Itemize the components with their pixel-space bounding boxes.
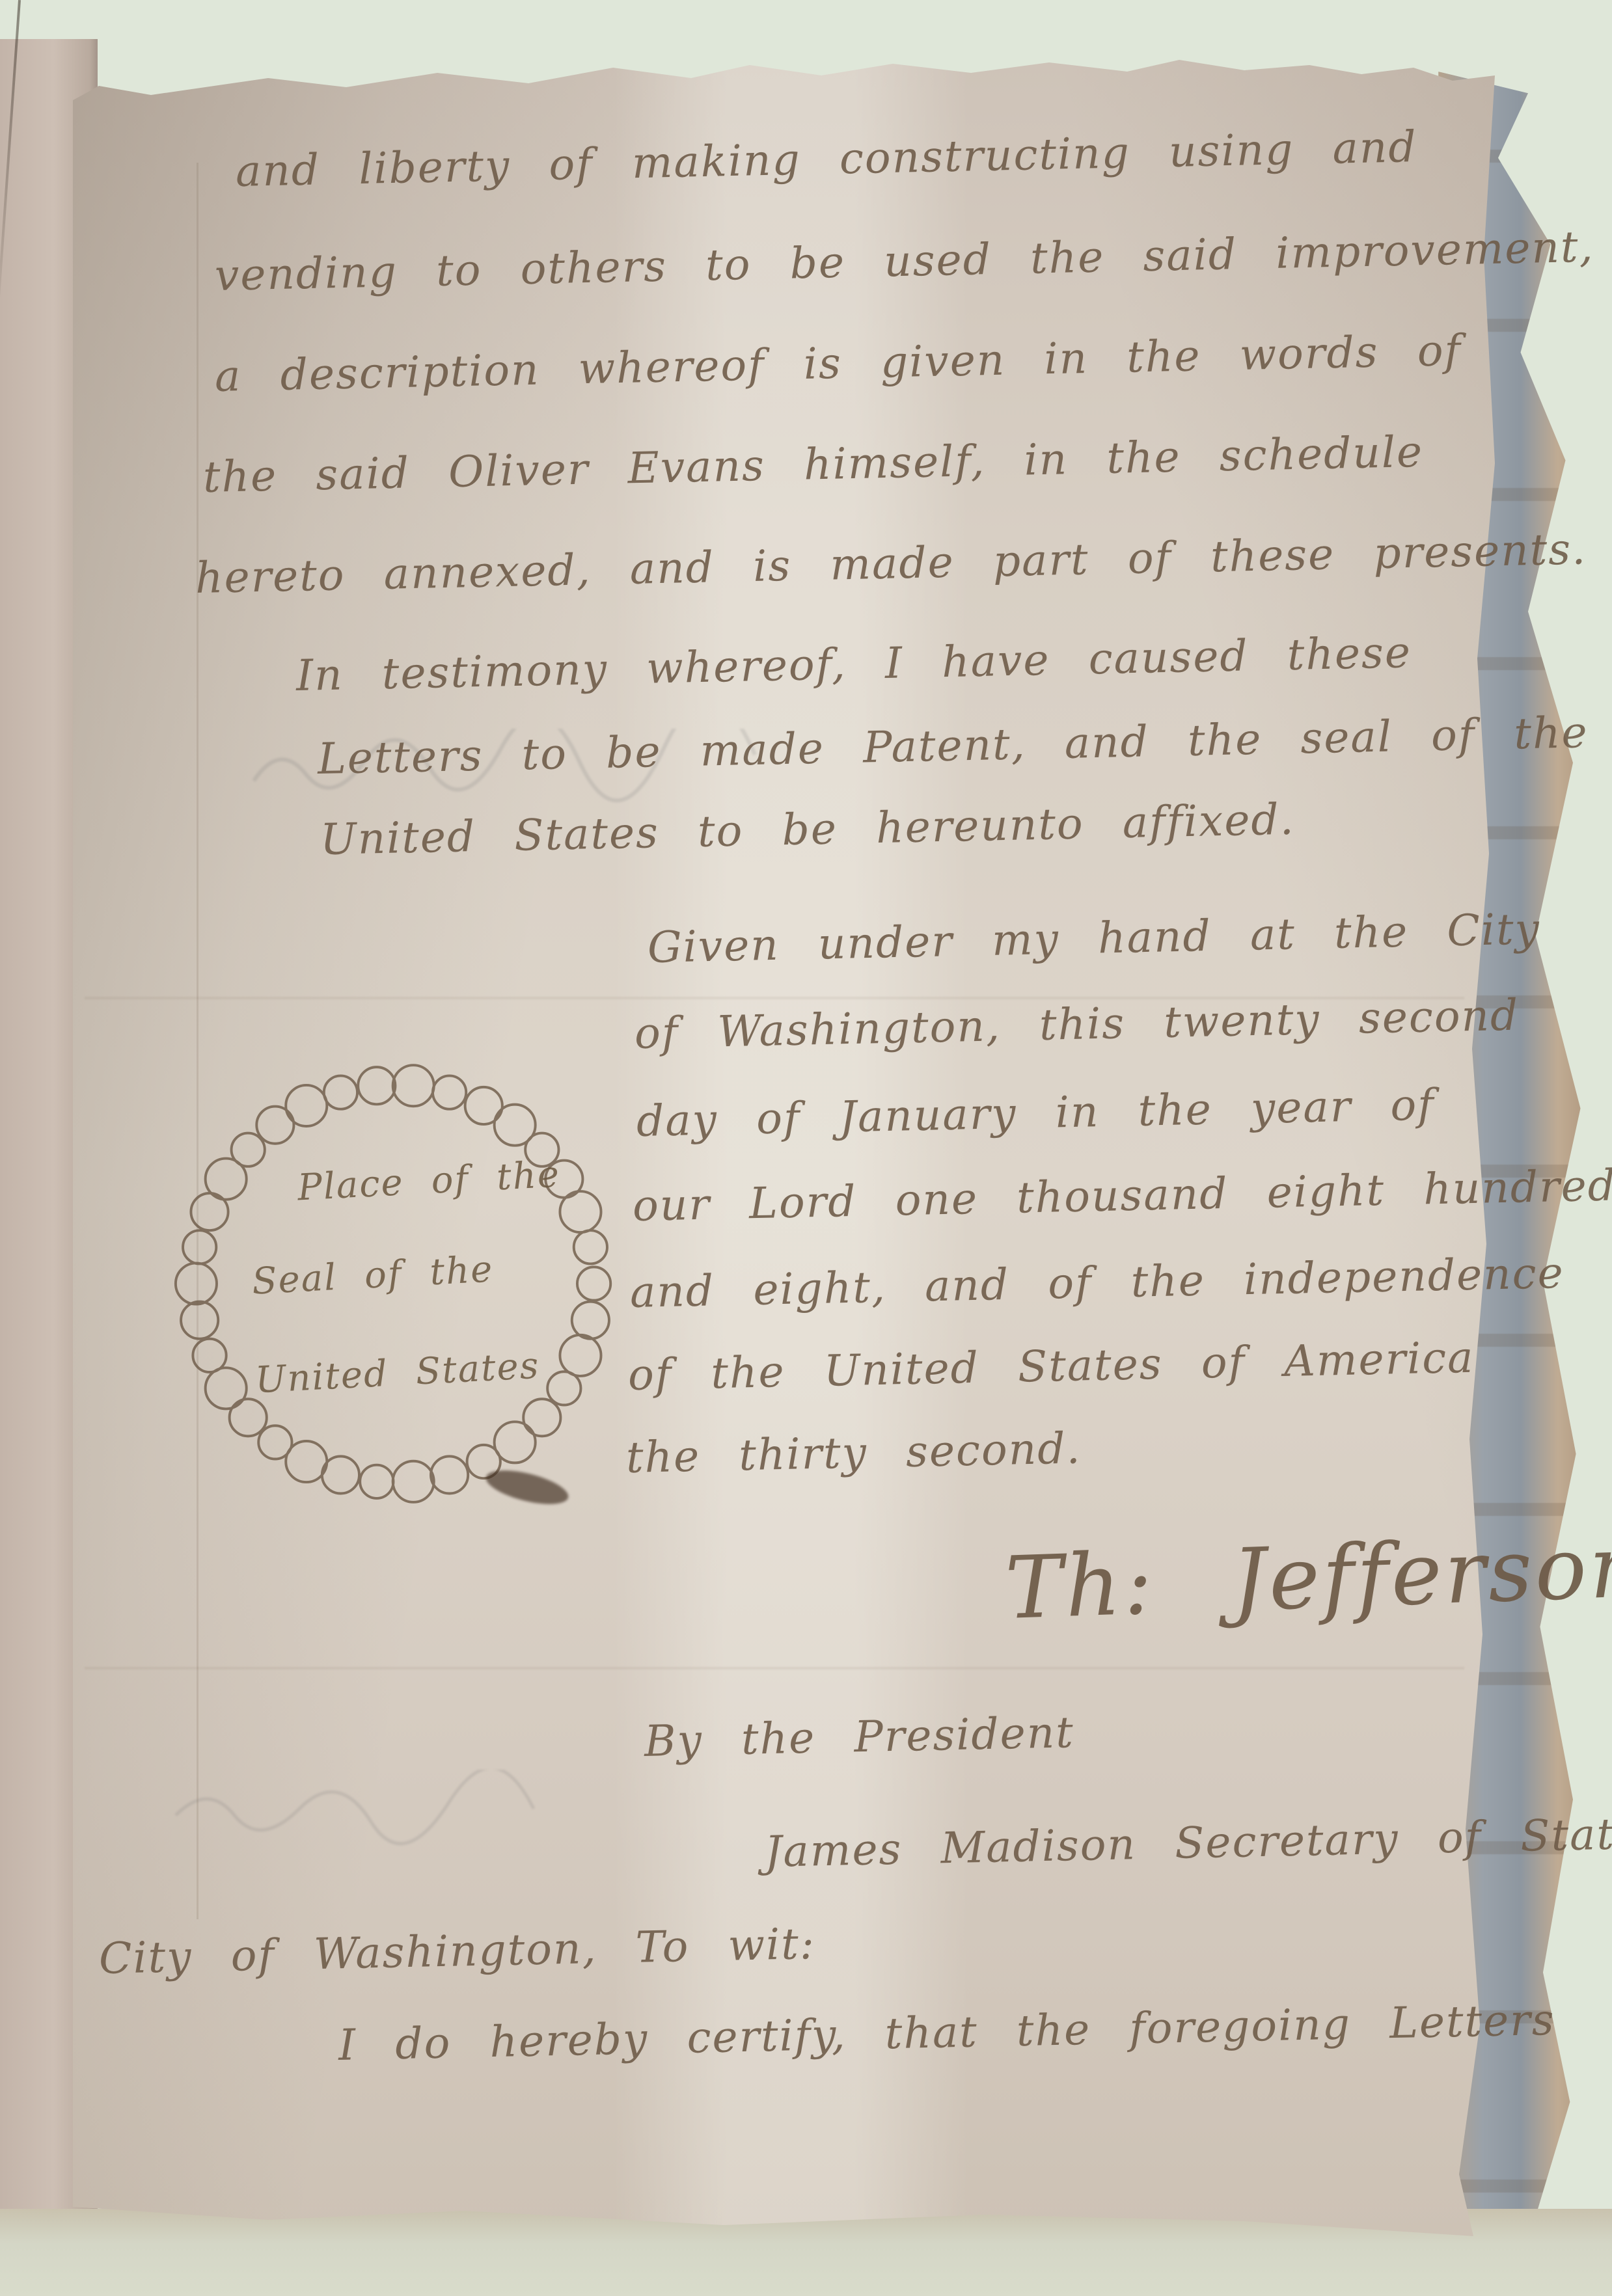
seal-placeholder: Place of the Seal of the United States [171, 1059, 620, 1508]
pencil-show-through [169, 1770, 625, 1848]
date-line: the thirty second. [625, 1423, 1082, 1483]
paper-crease [85, 1667, 1464, 1669]
margin-rule-line [197, 163, 198, 1919]
photo-of-document: { "colors":{ "background":"#dfe7d9", "pa… [0, 0, 1612, 2296]
by-the-president-line: By the President [644, 1707, 1074, 1766]
